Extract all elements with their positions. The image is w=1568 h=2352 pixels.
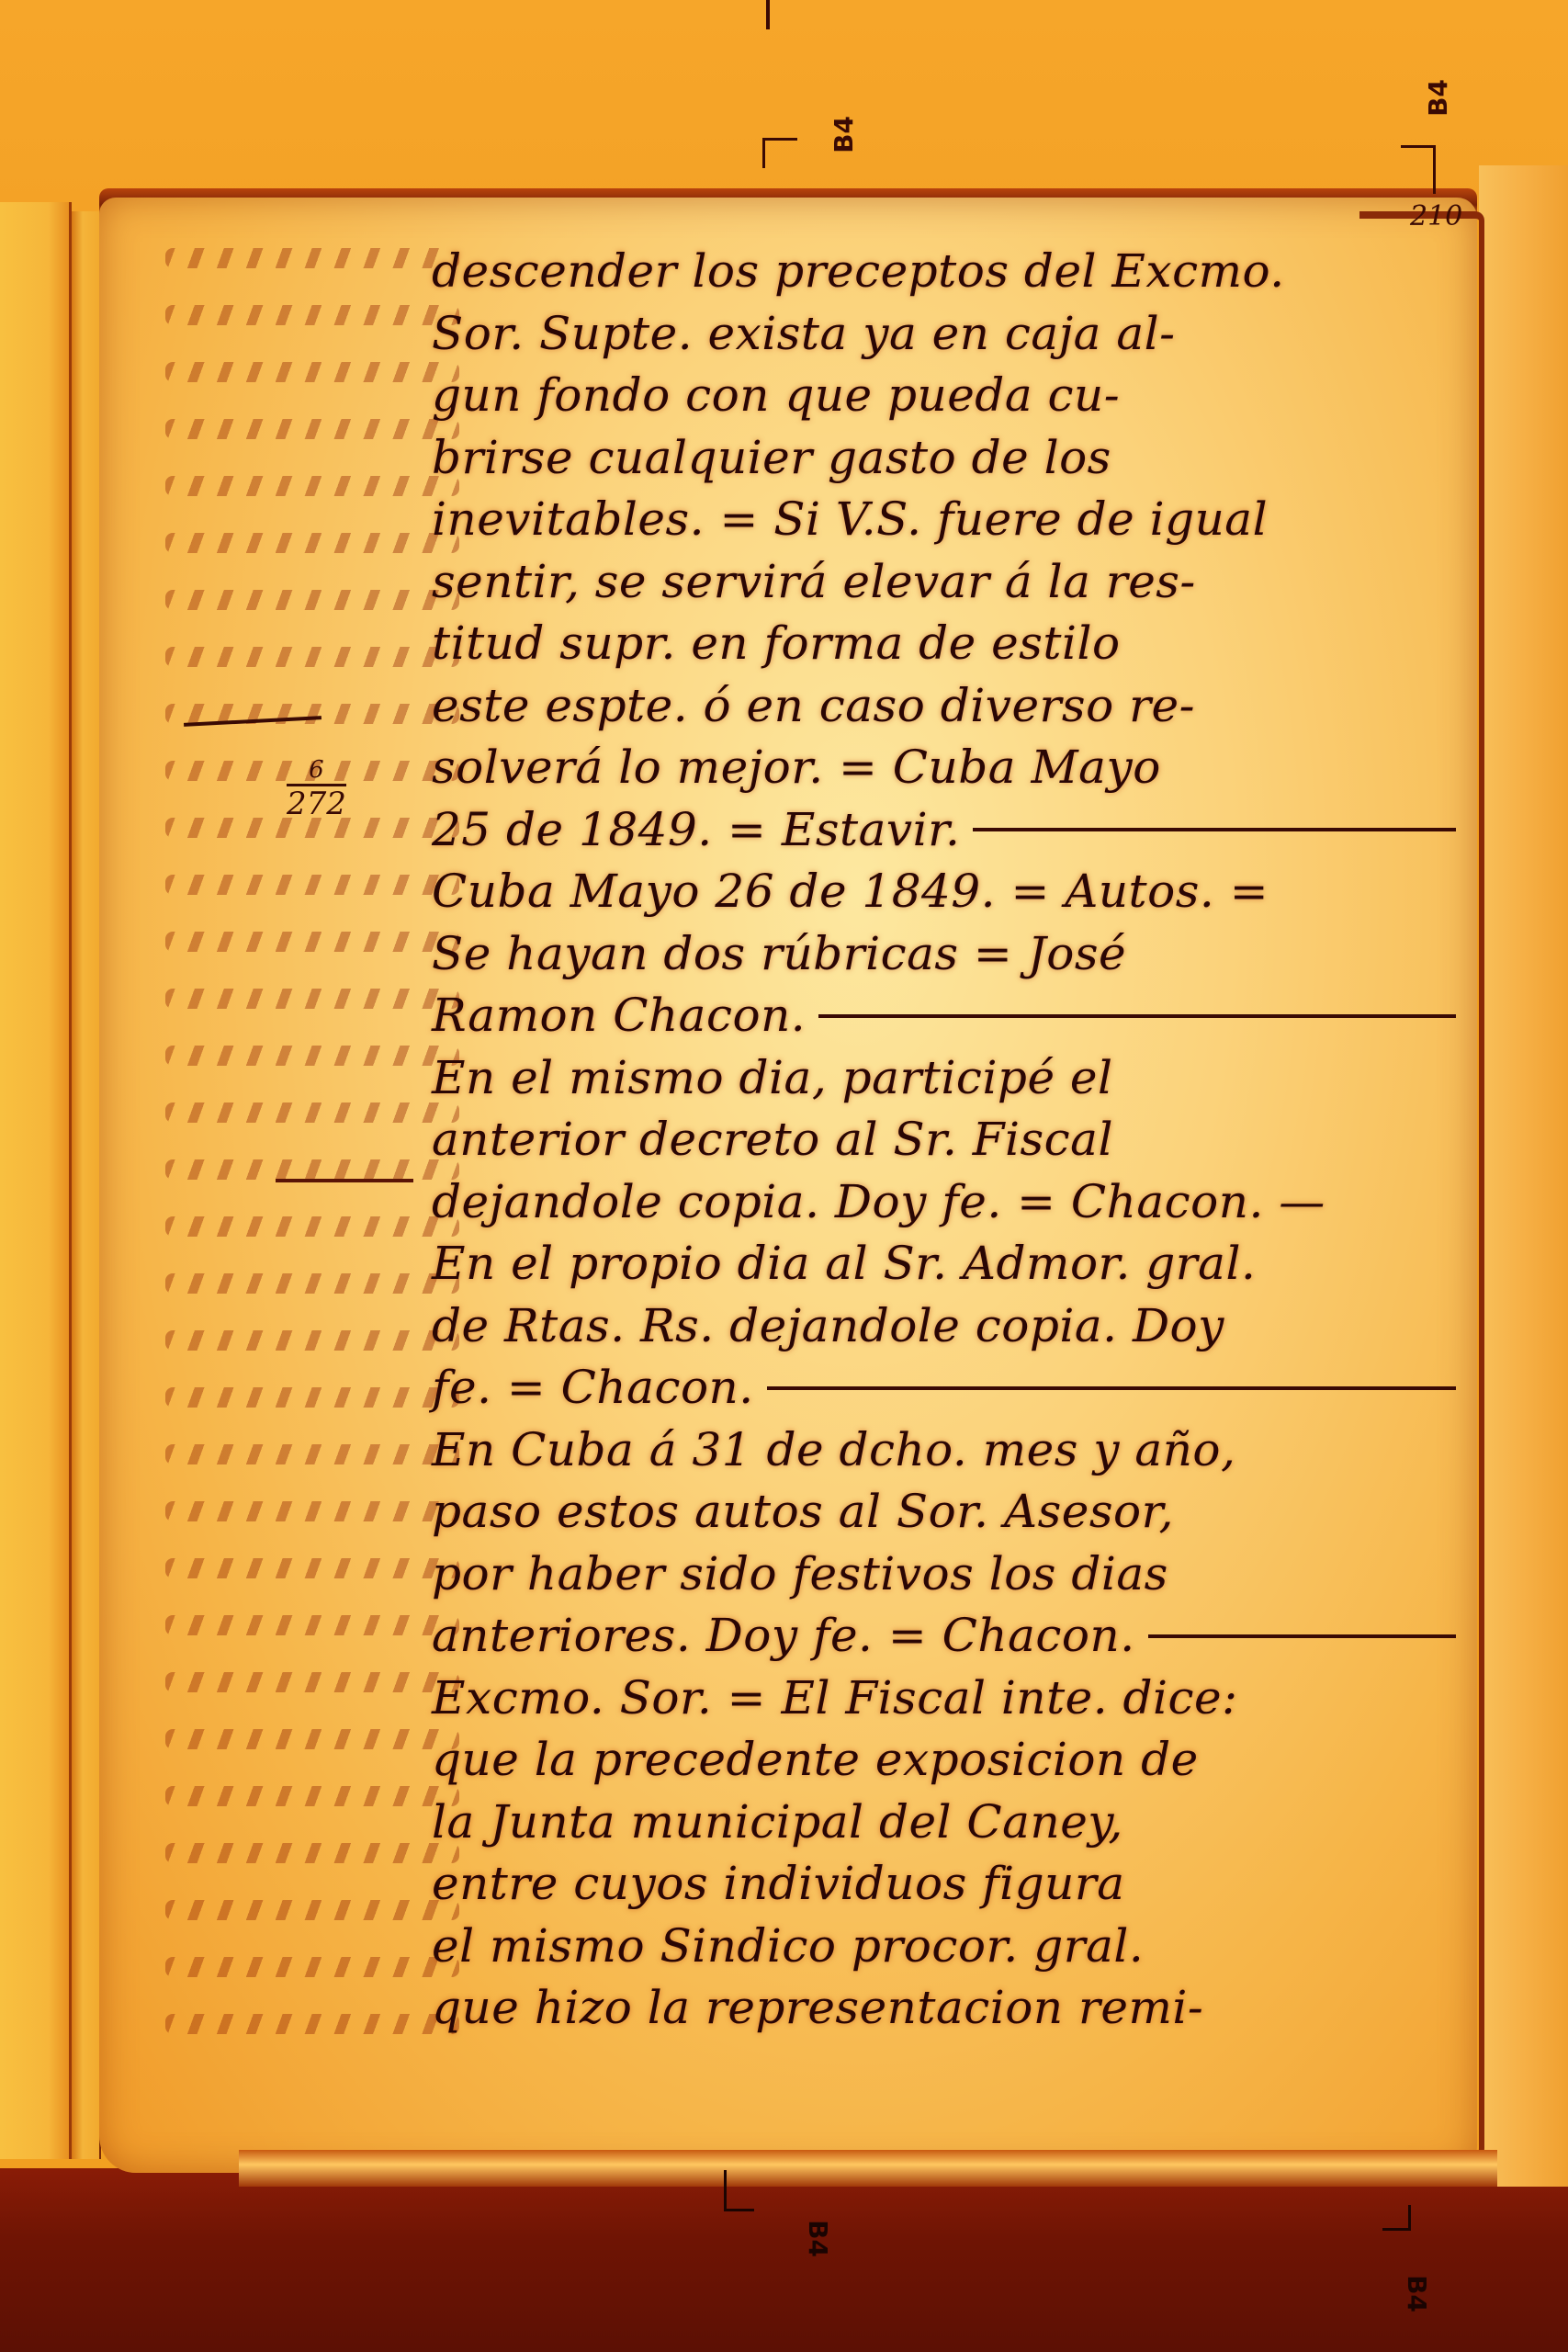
line-text: Sor. Supte. exista ya en caja al- [432,307,1176,360]
line-text: Se hayan dos rúbricas = José [432,927,1126,980]
line-text: que hizo la representacion remi- [432,1981,1203,2034]
margin-annotation: 6 272 [287,758,346,820]
registration-tick [766,0,770,29]
text-line: la Junta municipal del Caney, [432,1792,1456,1854]
bleed-through-line [165,1729,459,1749]
manuscript-photo: 6 272 210 descender los preceptos del Ex… [0,0,1568,2352]
reference-mark-bottom-right: B4 [1402,2275,1432,2312]
bleed-through-line [165,1558,459,1578]
text-line: En el mismo dia, participé el [432,1047,1456,1110]
margin-annotation-numerator: 6 [287,758,346,786]
reference-mark-top-right: B4 [1423,79,1453,117]
bleed-through-line [165,533,459,553]
text-line: que hizo la representacion remi- [432,1977,1456,2040]
bleed-through-line [165,1273,459,1294]
text-line: por haber sido festivos los dias [432,1543,1456,1606]
text-line: solverá lo mejor. = Cuba Mayo [432,737,1456,799]
line-text: el mismo Sindico procor. gral. [432,1919,1144,1973]
text-line: este espte. ó en caso diverso re- [432,675,1456,738]
text-line: titud supr. en forma de estilo [432,613,1456,675]
backdrop-bottom-shadow [0,2168,1568,2352]
bleed-through-line [165,932,459,952]
line-text: anteriores. Doy fe. = Chacon. [432,1605,1135,1668]
closing-rule [973,828,1456,831]
text-line-ruled: fe. = Chacon. [432,1357,1456,1419]
margin-annotation-denominator: 272 [287,786,346,820]
margin-underline-stroke [276,1179,413,1182]
line-text: dejandole copia. Doy fe. = Chacon. — [432,1175,1325,1228]
registration-bracket [762,138,797,168]
line-text: En Cuba á 31 de dcho. mes y año, [432,1423,1235,1476]
text-line: gun fondo con que pueda cu- [432,365,1456,427]
line-text: 25 de 1849. = Estavir. [432,799,960,862]
text-line: entre cuyos individuos figura [432,1853,1456,1916]
bleed-through-line [165,989,459,1009]
bleed-through-line [165,1957,459,1977]
registration-bracket [1401,145,1436,194]
text-line: brirse cualquier gasto de los [432,427,1456,490]
line-text: solverá lo mejor. = Cuba Mayo [432,741,1161,794]
bleed-through-line [165,248,459,268]
text-line: dejandole copia. Doy fe. = Chacon. — [432,1171,1456,1234]
text-line-ruled: Ramon Chacon. [432,985,1456,1047]
closing-rule [1148,1634,1456,1638]
text-line: de Rtas. Rs. dejandole copia. Doy [432,1295,1456,1358]
bleed-through-line [165,1159,459,1180]
backdrop-right [1479,165,1568,2187]
text-line: paso estos autos al Sor. Asesor, [432,1481,1456,1543]
text-line: el mismo Sindico procor. gral. [432,1916,1456,1978]
bleed-through-line [165,875,459,895]
closing-rule [767,1386,1456,1390]
text-line-ruled: anteriores. Doy fe. = Chacon. [432,1605,1456,1668]
text-line: Excmo. Sor. = El Fiscal inte. dice: [432,1668,1456,1730]
line-text: Ramon Chacon. [432,985,806,1047]
bleed-through-line [165,1501,459,1521]
line-text: de Rtas. Rs. dejandole copia. Doy [432,1299,1224,1352]
bleed-through-line [165,1900,459,1920]
text-line: Sor. Supte. exista ya en caja al- [432,303,1456,366]
line-text: anterior decreto al Sr. Fiscal [432,1113,1113,1166]
reference-mark-top-left: B4 [829,116,859,153]
line-text: este espte. ó en caso diverso re- [432,679,1195,732]
line-text: por haber sido festivos los dias [432,1547,1168,1600]
text-line-ruled: 25 de 1849. = Estavir. [432,799,1456,862]
line-text: sentir, se servirá elevar á la res- [432,555,1196,608]
line-text: gun fondo con que pueda cu- [432,368,1120,422]
text-line: inevitables. = Si V.S. fuere de igual [432,489,1456,551]
registration-bracket [1382,2205,1411,2231]
line-text: la Junta municipal del Caney, [432,1795,1123,1849]
line-text: fe. = Chacon. [432,1357,754,1419]
line-text: descender los preceptos del Excmo. [432,244,1285,298]
bleed-through-line [165,1615,459,1635]
bleed-through-line [165,647,459,667]
left-page-edge [0,202,72,2159]
bleed-through-line [165,1672,459,1692]
line-text: entre cuyos individuos figura [432,1857,1125,1910]
text-line: En Cuba á 31 de dcho. mes y año, [432,1419,1456,1482]
line-text: que la precedente exposicion de [432,1733,1199,1786]
line-text: titud supr. en forma de estilo [432,616,1121,670]
registration-bracket [724,2170,754,2211]
reference-mark-bottom-left: B4 [803,2220,833,2257]
manuscript-text: descender los preceptos del Excmo. Sor. … [432,241,1456,2040]
line-text: En el propio dia al Sr. Admor. gral. [432,1237,1256,1290]
text-line: Cuba Mayo 26 de 1849. = Autos. = [432,861,1456,923]
bleed-through-left-margin [165,248,459,2086]
text-line: En el propio dia al Sr. Admor. gral. [432,1233,1456,1295]
bleed-through-line [165,1843,459,1863]
bleed-through-line [165,1046,459,1066]
text-line: sentir, se servirá elevar á la res- [432,551,1456,614]
text-line: anterior decreto al Sr. Fiscal [432,1109,1456,1171]
bleed-through-line [165,1102,459,1123]
line-text: En el mismo dia, participé el [432,1051,1113,1104]
line-text: paso estos autos al Sor. Asesor, [432,1485,1174,1538]
line-text: Cuba Mayo 26 de 1849. = Autos. = [432,865,1269,918]
bleed-through-line [165,1444,459,1464]
text-line: Se hayan dos rúbricas = José [432,923,1456,986]
bleed-through-line [165,590,459,610]
line-text: Excmo. Sor. = El Fiscal inte. dice: [432,1671,1238,1724]
page-bottom-edge [239,2150,1497,2187]
bleed-through-line [165,305,459,325]
bleed-through-line [165,2014,459,2034]
book-gutter [72,211,101,2159]
bleed-through-line [165,1387,459,1408]
closing-rule [818,1014,1456,1018]
bleed-through-line [165,362,459,382]
backdrop-top [0,0,1568,220]
bleed-through-line [165,1216,459,1237]
line-text: inevitables. = Si V.S. fuere de igual [432,492,1268,546]
bleed-through-line [165,476,459,496]
line-text: brirse cualquier gasto de los [432,431,1111,484]
text-line: que la precedente exposicion de [432,1729,1456,1792]
folio-number: 210 [1410,200,1462,232]
bleed-through-line [165,1786,459,1806]
text-line: descender los preceptos del Excmo. [432,241,1456,303]
bleed-through-line [165,1330,459,1351]
bleed-through-line [165,419,459,439]
